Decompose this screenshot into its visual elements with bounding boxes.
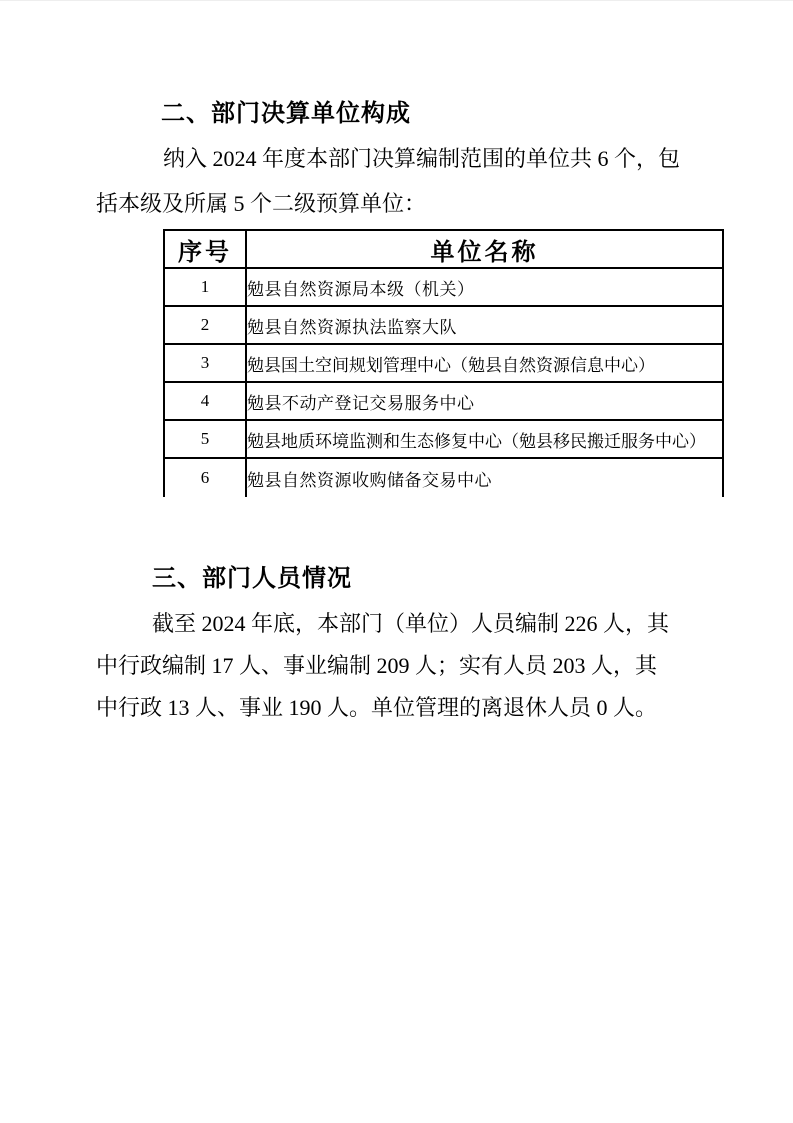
row-number-cell: 2 [164, 306, 246, 344]
table-row: 3 勉县国土空间规划管理中心（勉县自然资源信息中心） [164, 344, 723, 382]
document-page: 二、部门决算单位构成 纳入 2024 年度本部门决算编制范围的单位共 6 个，包… [0, 0, 793, 1123]
paragraph-line: 中行政编制 17 人、事业编制 209 人；实有人员 203 人，其 [96, 645, 696, 687]
paragraph-line: 中行政 13 人、事业 190 人。单位管理的离退休人员 0 人。 [96, 687, 696, 729]
section-2-paragraph: 纳入 2024 年度本部门决算编制范围的单位共 6 个，包 括本级及所属 5 个… [96, 136, 696, 226]
paragraph-line: 截至 2024 年底，本部门（单位）人员编制 226 人，其 [96, 603, 696, 645]
table-row: 2 勉县自然资源执法监察大队 [164, 306, 723, 344]
unit-name-cell: 勉县自然资源局本级（机关） [246, 268, 723, 306]
row-number-cell: 6 [164, 458, 246, 497]
unit-name-cell: 勉县地质环境监测和生态修复中心（勉县移民搬迁服务中心） [246, 420, 723, 458]
unit-name-cell: 勉县国土空间规划管理中心（勉县自然资源信息中心） [246, 344, 723, 382]
unit-name-cell: 勉县不动产登记交易服务中心 [246, 382, 723, 420]
table-header-no: 序号 [164, 230, 246, 268]
row-number-cell: 5 [164, 420, 246, 458]
units-table: 序号 单位名称 1 勉县自然资源局本级（机关） 2 勉县自然资源执法监察大队 3… [163, 229, 724, 497]
section-3-heading: 三、部门人员情况 [152, 565, 352, 593]
table-header-row: 序号 单位名称 [164, 230, 723, 268]
table-row: 4 勉县不动产登记交易服务中心 [164, 382, 723, 420]
section-2-heading: 二、部门决算单位构成 [161, 100, 411, 128]
paragraph-line: 括本级及所属 5 个二级预算单位： [96, 181, 696, 226]
row-number-cell: 3 [164, 344, 246, 382]
table-row: 6 勉县自然资源收购储备交易中心 [164, 458, 723, 497]
unit-name-cell: 勉县自然资源收购储备交易中心 [246, 458, 723, 497]
row-number-cell: 4 [164, 382, 246, 420]
row-number-cell: 1 [164, 268, 246, 306]
table-header-name: 单位名称 [246, 230, 723, 268]
unit-name-cell: 勉县自然资源执法监察大队 [246, 306, 723, 344]
paragraph-line: 纳入 2024 年度本部门决算编制范围的单位共 6 个，包 [96, 136, 696, 181]
table-row: 5 勉县地质环境监测和生态修复中心（勉县移民搬迁服务中心） [164, 420, 723, 458]
table-row: 1 勉县自然资源局本级（机关） [164, 268, 723, 306]
section-3-paragraph: 截至 2024 年底，本部门（单位）人员编制 226 人，其 中行政编制 17 … [96, 603, 696, 729]
